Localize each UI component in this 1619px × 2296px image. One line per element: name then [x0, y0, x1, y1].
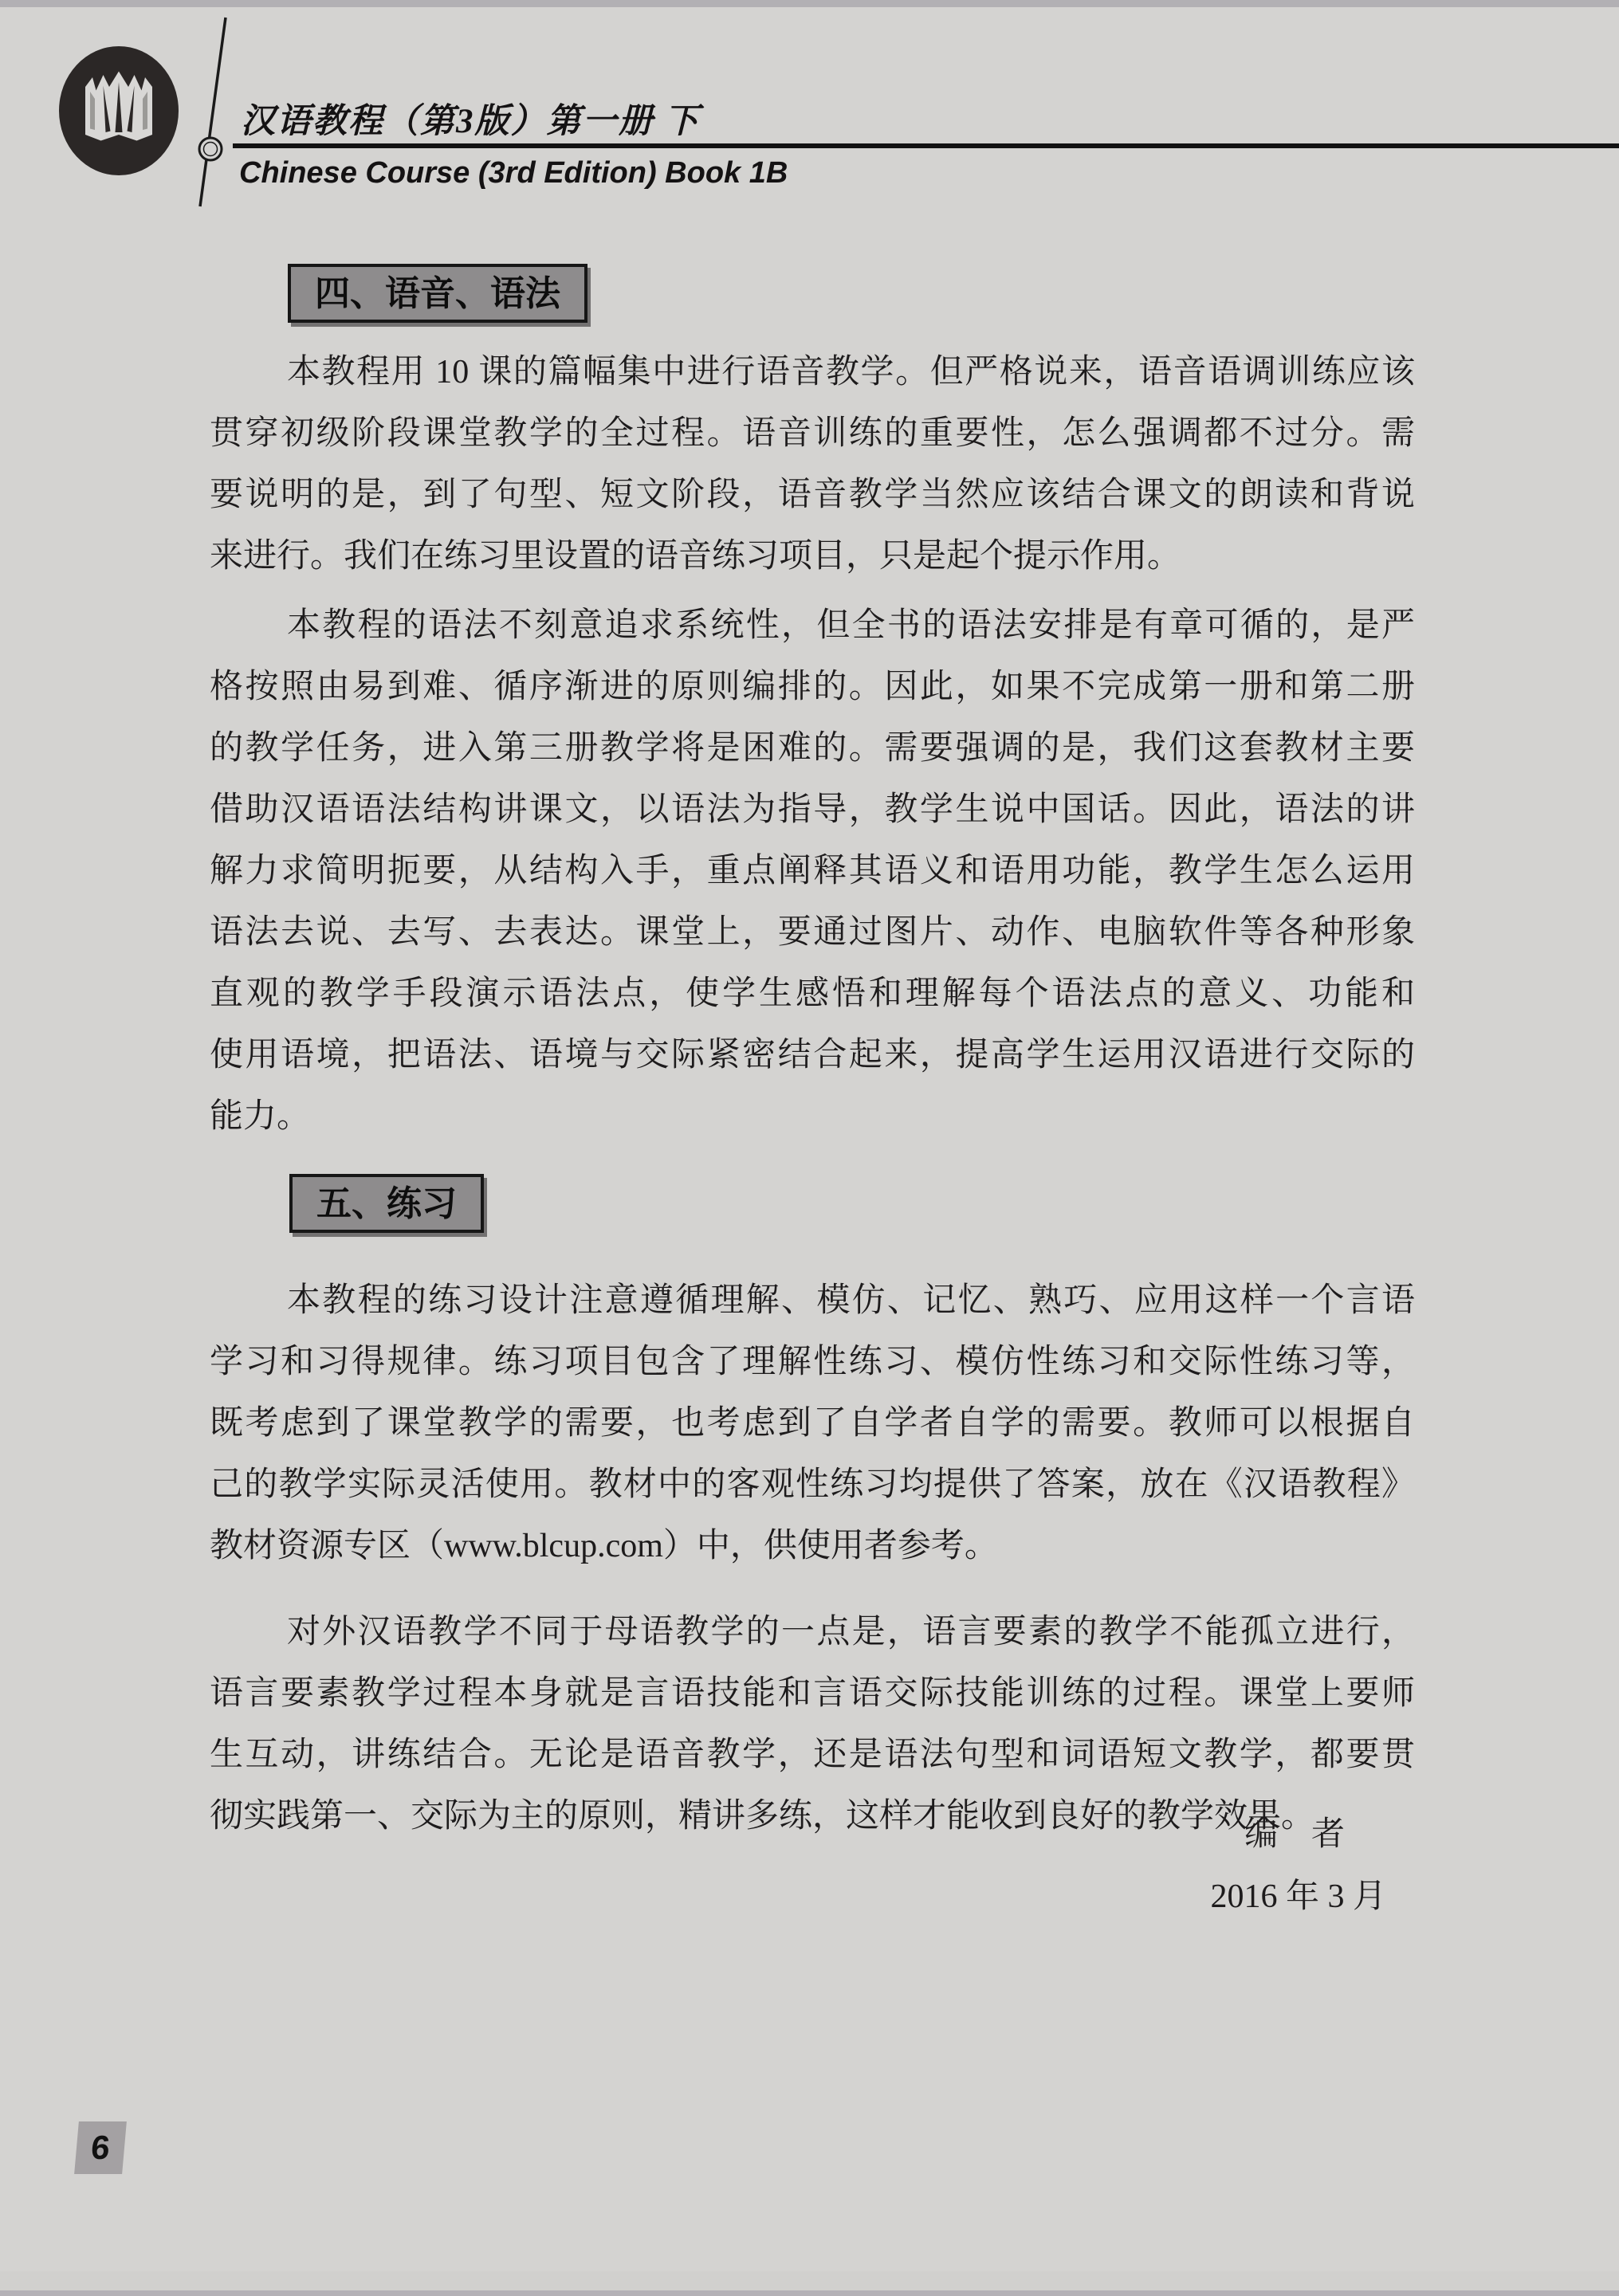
- scanned-book-page: 汉语教程（第3版）第一册 下 Chinese Course (3rd Editi…: [0, 0, 1619, 2296]
- book-title-chinese: 汉语教程（第3版）第一册 下: [241, 94, 700, 143]
- page-number-badge: 6: [74, 2121, 127, 2174]
- text-line: 既考虑到了课堂教学的需要，也考虑到了自学者自学的需要。教师可以根据自: [210, 1393, 1415, 1454]
- text-line: 格按照由易到难、循序渐进的原则编排的。因此，如果不完成第一册和第二册: [210, 657, 1415, 718]
- scan-edge-bottom: [0, 2290, 1619, 2296]
- text-line: 贯穿初级阶段课堂教学的全过程。语音训练的重要性，怎么强调都不过分。需: [210, 403, 1415, 465]
- text-line: 对外汉语教学不同于母语教学的一点是，语言要素的教学不能孤立进行，: [210, 1602, 1415, 1663]
- text-line: 本教程用 10 课的篇幅集中进行语音教学。但严格说来，语音语调训练应该: [210, 342, 1415, 403]
- section-heading-phonetics-grammar: 四、语音、语法: [288, 264, 587, 323]
- header-divider-rule: [233, 143, 1619, 148]
- signature-block: 编 者 2016 年 3 月: [210, 1803, 1415, 1928]
- signature-date: 2016 年 3 月: [210, 1866, 1415, 1928]
- page-number: 6: [89, 2129, 112, 2167]
- paragraph: 本教程的练习设计注意遵循理解、模仿、记忆、熟巧、应用这样一个言语 学习和习得规律…: [210, 1270, 1415, 1577]
- text-line: 解力求简明扼要，从结构入手，重点阐释其语义和语用功能，教学生怎么运用: [210, 841, 1415, 902]
- text-line: 能力。: [210, 1086, 1415, 1148]
- text-line: 语言要素教学过程本身就是言语技能和言语交际技能训练的过程。课堂上要师: [210, 1663, 1415, 1725]
- book-title-english: Chinese Course (3rd Edition) Book 1B: [239, 156, 788, 190]
- signature-author: 编 者: [210, 1803, 1415, 1866]
- text-line: 己的教学实际灵活使用。教材中的客观性练习均提供了答案，放在《汉语教程》: [210, 1454, 1415, 1516]
- text-line: 教材资源专区（www.blcup.com）中，供使用者参考。: [210, 1516, 1415, 1577]
- text-line: 学习和习得规律。练习项目包含了理解性练习、模仿性练习和交际性练习等，: [210, 1332, 1415, 1393]
- scan-edge-bottom-band: [0, 2271, 1619, 2290]
- section-heading-exercises: 五、练习: [289, 1174, 484, 1233]
- text-line: 本教程的语法不刻意追求系统性，但全书的语法安排是有章可循的，是严: [210, 595, 1415, 657]
- text-line: 使用语境，把语法、语境与交际紧密结合起来，提高学生运用汉语进行交际的: [210, 1025, 1415, 1086]
- text-line: 要说明的是，到了句型、短文阶段，语音教学当然应该结合课文的朗读和背说: [210, 465, 1415, 526]
- paragraph: 本教程的语法不刻意追求系统性，但全书的语法安排是有章可循的，是严 格按照由易到难…: [210, 595, 1415, 1148]
- text-line: 语法去说、去写、去表达。课堂上，要通过图片、动作、电脑软件等各种形象: [210, 902, 1415, 964]
- text-line: 生互动，讲练结合。无论是语音教学，还是语法句型和词语短文教学，都要贯: [210, 1725, 1415, 1786]
- diagonal-line-ornament-icon: [186, 11, 242, 210]
- text-line: 来进行。我们在练习里设置的语音练习项目，只是起个提示作用。: [210, 526, 1415, 587]
- publisher-open-book-logo-icon: [59, 46, 179, 175]
- text-line: 借助汉语语法结构讲课文，以语法为指导，教学生说中国话。因此，语法的讲: [210, 779, 1415, 841]
- scan-edge-top: [0, 0, 1619, 7]
- paragraph: 本教程用 10 课的篇幅集中进行语音教学。但严格说来，语音语调训练应该 贯穿初级…: [210, 342, 1415, 587]
- text-line: 直观的教学手段演示语法点，使学生感悟和理解每个语法点的意义、功能和: [210, 964, 1415, 1025]
- text-line: 本教程的练习设计注意遵循理解、模仿、记忆、熟巧、应用这样一个言语: [210, 1270, 1415, 1332]
- text-line: 的教学任务，进入第三册教学将是困难的。需要强调的是，我们这套教材主要: [210, 718, 1415, 779]
